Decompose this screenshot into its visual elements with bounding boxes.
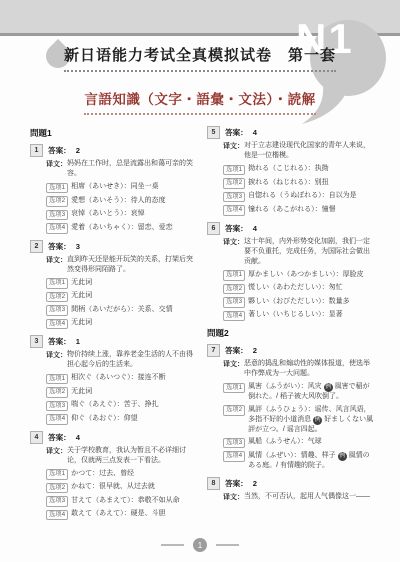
option-badge: 选项4 [46, 510, 68, 521]
option-row: 选项2愛想（あいそう）：待人的态度 [46, 196, 197, 207]
option-text: 甘えて（あまえて）：恭敬不如从命 [71, 496, 180, 506]
option-text: 拗れる（こじれる）：执拗 [248, 164, 329, 174]
option-text: 風船（ふうせん）：气球 [248, 437, 322, 447]
question-block: 3答案：1译文：物价持续上涨，靠养老金生活的人不由得担心起今后的生活来。选项1相… [30, 335, 197, 425]
left-column: 問題11答案：2译文：妈妈在工作时，总是流露出和蔼可亲的笑容。选项1相席（あいせ… [30, 126, 197, 526]
option-text: 夥しい（おびただしい）：数量多 [248, 297, 350, 307]
option-row: 选项3哀悼（あいとう）：哀悼 [46, 209, 197, 220]
option-badge: 选项4 [46, 414, 68, 425]
translation-text: 这十年间，内外形势变化加剧，我们一定要不负重托，完成任务，为国际社会做出贡献。 [244, 237, 374, 267]
answer-label: 答案： [225, 345, 248, 356]
option-badge: 选项2 [46, 483, 68, 494]
option-row: 选项1无此词 [46, 278, 197, 289]
question-number-badge: 7 [207, 344, 220, 357]
option-badge: 选项3 [46, 496, 68, 507]
example-badge: 例 [313, 416, 322, 425]
translation-text: 当然，不可否认，起用人气偶像这一—— [244, 492, 370, 502]
translation-text: 恶意的捣乱和煽动性的媒体报道，使选举中作弊成为一大问题。 [244, 359, 374, 379]
option-row: 选项1厚かましい（あつかましい）：厚脸皮 [223, 270, 374, 281]
option-row: 选项4著しい（いちじるしい）：显著 [223, 310, 374, 321]
translation-label: 译文： [223, 359, 244, 379]
option-text: 无此词 [71, 291, 92, 301]
translation-row: 译文：物价持续上涨，靠养老金生活的人不由得担心起今后的生活来。 [46, 350, 197, 370]
option-row: 选项2无此词 [46, 387, 197, 398]
answer-value: 1 [76, 337, 80, 346]
option-badge: 选项1 [223, 270, 245, 281]
option-badge: 选项1 [223, 165, 245, 176]
question-header: 2答案：3 [30, 240, 197, 253]
example-badge: 例 [338, 452, 347, 461]
option-row: 选项2かねて：很早就、从过去就 [46, 482, 197, 493]
question-number-badge: 5 [207, 126, 220, 139]
footer-dash-right [216, 544, 239, 546]
option-text: かつて：过去、曾经 [71, 469, 134, 479]
option-badge: 选项2 [46, 387, 68, 398]
answer-value: 3 [76, 242, 80, 251]
option-row: 选项4无此词 [46, 318, 197, 329]
page-number: 1 [193, 538, 207, 552]
answer-value: 4 [253, 224, 257, 233]
answer-label: 答案： [48, 336, 71, 347]
option-row: 选项3間柄（あいだがら）：关系、交情 [46, 305, 197, 316]
translation-label: 译文： [46, 159, 67, 179]
answer-value: 2 [253, 346, 257, 355]
option-badge: 选项1 [46, 278, 68, 289]
option-text: 仰ぐ（あおぐ）：仰望 [71, 414, 138, 424]
translation-row: 译文：直到昨天还是能开玩笑的关系，打架后突然变得形同陌路了。 [46, 255, 197, 275]
option-text: 喘ぐ（あえぐ）：苦于、挣扎 [71, 400, 159, 410]
option-text: 愛着（あいちゃく）：留恋、爱恋 [71, 223, 173, 233]
question-header: 5答案：4 [207, 126, 374, 139]
option-text: 无此词 [71, 318, 92, 328]
answer-value: 4 [253, 128, 257, 137]
option-row: 选项1風害（ふうがい）：风灾例風害で稲が倒れた。/ 稻子被大风吹倒了。 [223, 382, 374, 402]
translation-text: 对于立志建设现代化国家的青年人来说，他是一位楷模。 [244, 141, 374, 161]
question-number-badge: 8 [207, 477, 220, 490]
option-row: 选项1相次ぐ（あいつぐ）：接连不断 [46, 373, 197, 384]
translation-label: 译文： [223, 237, 244, 267]
example-badge: 例 [324, 383, 333, 392]
option-text: 風害（ふうがい）：风灾例風害で稲が倒れた。/ 稻子被大风吹倒了。 [248, 382, 374, 402]
option-row: 选项4仰ぐ（あおぐ）：仰望 [46, 414, 197, 425]
option-row: 选项3夥しい（おびただしい）：数量多 [223, 297, 374, 308]
option-text: 慌しい（あわただしい）：匆忙 [248, 283, 343, 293]
option-row: 选项1相席（あいせき）：同坐一桌 [46, 182, 197, 193]
option-text: 憧れる（あこがれる）：憧憬 [248, 205, 336, 215]
option-badge: 选项2 [223, 405, 245, 416]
option-text: 无此词 [71, 387, 92, 397]
question-header: 8答案：2 [207, 477, 374, 490]
translation-row: 译文：这十年间，内外形势变化加剧，我们一定要不负重托，完成任务，为国际社会做出贡… [223, 237, 374, 267]
option-row: 选项4愛着（あいちゃく）：留恋、爱恋 [46, 223, 197, 234]
page-title: 新日语能力考试全真模拟试卷 第一套 [0, 44, 400, 72]
option-row: 选项2慌しい（あわただしい）：匆忙 [223, 283, 374, 294]
option-text: 捩れる（ねじれる）：别扭 [248, 178, 329, 188]
translation-label: 译文： [46, 350, 67, 370]
option-text: 相次ぐ（あいつぐ）：接连不断 [71, 373, 166, 383]
answer-label: 答案： [225, 127, 248, 138]
option-text: 間柄（あいだがら）：关系、交情 [71, 305, 173, 315]
question-header: 6答案：4 [207, 222, 374, 235]
answer-label: 答案： [48, 432, 71, 443]
translation-row: 译文：当然，不可否认，起用人气偶像这一—— [223, 492, 374, 502]
option-text: 无此词 [71, 278, 92, 288]
translation-label: 译文： [223, 141, 244, 161]
option-row: 选项4敢えて（あえて）：硬是、斗胆 [46, 509, 197, 520]
translation-label: 译文： [46, 446, 67, 466]
question-number-badge: 3 [30, 335, 43, 348]
translation-text: 关于学校教育，我认为暂且不必详细讨论，仅就两三点发表一下看法。 [67, 446, 197, 466]
option-badge: 选项3 [46, 305, 68, 316]
translation-row: 译文：妈妈在工作时，总是流露出和蔼可亲的笑容。 [46, 159, 197, 179]
option-badge: 选项4 [223, 311, 245, 322]
question-header: 7答案：2 [207, 344, 374, 357]
answer-label: 答案： [225, 478, 248, 489]
right-column: 5答案：4译文：对于立志建设现代化国家的青年人来说，他是一位楷模。选项1拗れる（… [207, 126, 374, 526]
option-badge: 选项3 [223, 438, 245, 449]
question-block: 7答案：2译文：恶意的捣乱和煽动性的媒体报道，使选举中作弊成为一大问题。选项1風… [207, 344, 374, 471]
question-number-badge: 6 [207, 222, 220, 235]
translation-label: 译文： [223, 492, 244, 502]
option-badge: 选项3 [46, 210, 68, 221]
question-number-badge: 1 [30, 144, 43, 157]
page: N1 新日语能力考试全真模拟试卷 第一套 言語知識（文字・語彙・文法）・読解 問… [0, 0, 400, 562]
option-badge: 选项3 [46, 401, 68, 412]
translation-row: 译文：对于立志建设现代化国家的青年人来说，他是一位楷模。 [223, 141, 374, 161]
option-row: 选项2捩れる（ねじれる）：别扭 [223, 178, 374, 189]
question-block: 4答案：4译文：关于学校教育，我认为暂且不必详细讨论，仅就两三点发表一下看法。选… [30, 431, 197, 521]
option-text: 愛想（あいそう）：待人的态度 [71, 196, 166, 206]
option-row: 选项2无此词 [46, 291, 197, 302]
answer-label: 答案： [48, 241, 71, 252]
option-text: 哀悼（あいとう）：哀悼 [71, 209, 145, 219]
question-header: 3答案：1 [30, 335, 197, 348]
option-row: 选项2風評（ふうひょう）：谣传、风言风语，多指不好的小道消息例好ましくない風評が… [223, 405, 374, 435]
option-badge: 选项4 [223, 451, 245, 462]
option-badge: 选项1 [223, 383, 245, 394]
answer-value: 4 [76, 433, 80, 442]
section-title-text: 言語知識（文字・語彙・文法）・読解 [84, 88, 315, 115]
question-block: 2答案：3译文：直到昨天还是能开玩笑的关系，打架后突然变得形同陌路了。选项1无此… [30, 240, 197, 330]
answer-label: 答案： [225, 223, 248, 234]
answer-label: 答案： [48, 145, 71, 156]
option-badge: 选项4 [223, 205, 245, 216]
option-row: 选项3喘ぐ（あえぐ）：苦于、挣扎 [46, 400, 197, 411]
option-row: 选项1かつて：过去、曾经 [46, 469, 197, 480]
option-text: 相席（あいせき）：同坐一桌 [71, 182, 159, 192]
option-text: 風情（ふぜい）：情趣、样子例風情のある庭。/ 有情趣的院子。 [248, 451, 374, 471]
option-badge: 选项3 [223, 192, 245, 203]
question-block: 6答案：4译文：这十年间，内外形势变化加剧，我们一定要不负重托，完成任务，为国际… [207, 222, 374, 322]
option-row: 选项3自惚れる（うぬぼれる）：自以为是 [223, 191, 374, 202]
option-badge: 选项2 [46, 292, 68, 303]
option-badge: 选项1 [46, 469, 68, 480]
option-text: 著しい（いちじるしい）：显著 [248, 310, 343, 320]
question-block: 1答案：2译文：妈妈在工作时，总是流露出和蔼可亲的笑容。选项1相席（あいせき）：… [30, 144, 197, 234]
option-badge: 选项2 [46, 196, 68, 207]
option-text: 風評（ふうひょう）：谣传、风言风语，多指不好的小道消息例好ましくない風評が立つ。… [248, 405, 374, 435]
option-badge: 选项4 [46, 223, 68, 234]
option-text: 敢えて（あえて）：硬是、斗胆 [71, 509, 166, 519]
problem-section-heading: 問題2 [207, 327, 374, 339]
option-badge: 选项4 [46, 319, 68, 330]
option-badge: 选项1 [46, 183, 68, 194]
option-row: 选项1拗れる（こじれる）：执拗 [223, 164, 374, 175]
option-badge: 选项2 [223, 178, 245, 189]
problem-section-heading: 問題1 [30, 127, 197, 139]
question-block: 8答案：2译文：当然，不可否认，起用人气偶像这一—— [207, 477, 374, 502]
option-badge: 选项3 [223, 297, 245, 308]
option-row: 选项4憧れる（あこがれる）：憧憬 [223, 205, 374, 216]
translation-text: 妈妈在工作时，总是流露出和蔼可亲的笑容。 [67, 159, 197, 179]
translation-row: 译文：恶意的捣乱和煽动性的媒体报道，使选举中作弊成为一大问题。 [223, 359, 374, 379]
translation-text: 直到昨天还是能开玩笑的关系，打架后突然变得形同陌路了。 [67, 255, 197, 275]
footer-dash-left [161, 544, 184, 546]
translation-label: 译文： [46, 255, 67, 275]
translation-text: 物价持续上涨，靠养老金生活的人不由得担心起今后的生活来。 [67, 350, 197, 370]
option-row: 选项4風情（ふぜい）：情趣、样子例風情のある庭。/ 有情趣的院子。 [223, 451, 374, 471]
content-columns: 問題11答案：2译文：妈妈在工作时，总是流露出和蔼可亲的笑容。选项1相席（あいせ… [30, 126, 374, 526]
answer-value: 2 [76, 146, 80, 155]
option-row: 选项3甘えて（あまえて）：恭敬不如从命 [46, 496, 197, 507]
option-row: 选项3風船（ふうせん）：气球 [223, 437, 374, 448]
page-title-text: 新日语能力考试全真模拟试卷 第一套 [64, 44, 336, 72]
option-text: 厚かましい（あつかましい）：厚脸皮 [248, 270, 364, 280]
option-text: かねて：很早就、从过去就 [71, 482, 155, 492]
option-badge: 选项1 [46, 374, 68, 385]
answer-value: 2 [253, 479, 257, 488]
question-number-badge: 2 [30, 240, 43, 253]
translation-row: 译文：关于学校教育，我认为暂且不必详细讨论，仅就两三点发表一下看法。 [46, 446, 197, 466]
option-badge: 选项2 [223, 284, 245, 295]
question-header: 4答案：4 [30, 431, 197, 444]
question-header: 1答案：2 [30, 144, 197, 157]
question-block: 5答案：4译文：对于立志建设现代化国家的青年人来说，他是一位楷模。选项1拗れる（… [207, 126, 374, 216]
section-title: 言語知識（文字・語彙・文法）・読解 [0, 88, 400, 115]
page-footer: 1 [0, 538, 400, 552]
option-text: 自惚れる（うぬぼれる）：自以为是 [248, 191, 357, 201]
question-number-badge: 4 [30, 431, 43, 444]
